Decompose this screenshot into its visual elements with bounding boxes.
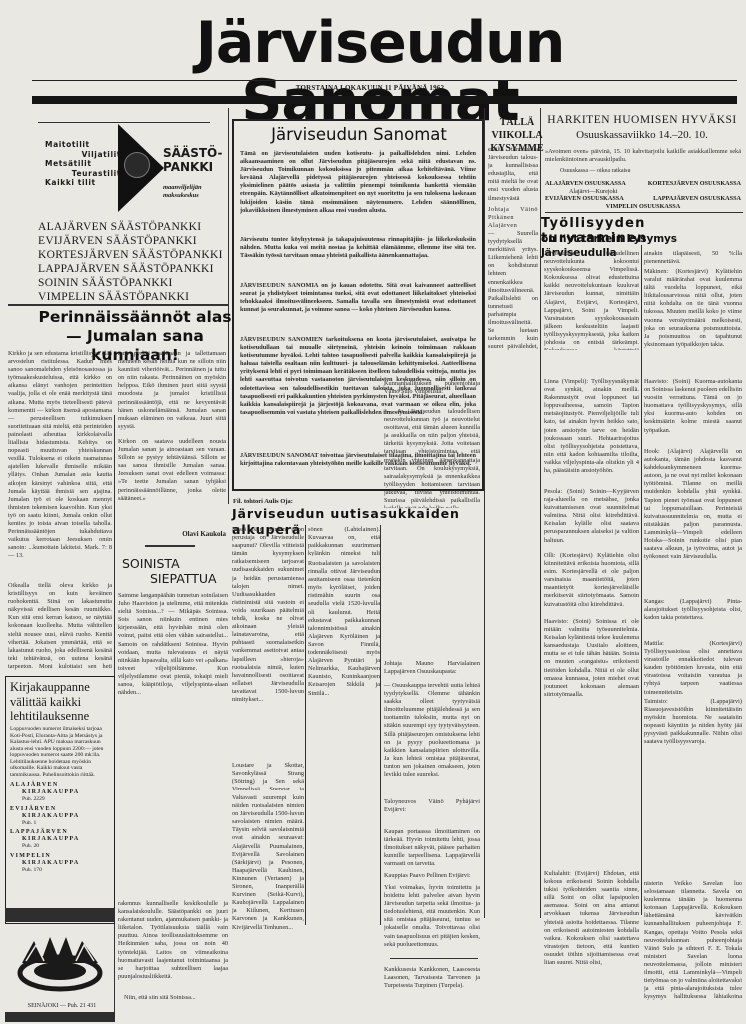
bank-name: SOININ SÄÄSTÖPANKKI bbox=[38, 276, 238, 290]
article-body: Valtavasti suurempi kuin näiden ruotsala… bbox=[232, 794, 304, 1004]
headline-soinista: SOINISTA SIEPATTUA bbox=[122, 556, 232, 586]
masthead-bar bbox=[32, 96, 737, 104]
interview-answer: Yksi voimakas, hyvin toimitettu ja hoide… bbox=[384, 884, 480, 956]
ad-rule bbox=[38, 122, 210, 123]
interviewee-label: Kunnanhallituksen puheenjohtaja Väinö Su… bbox=[384, 380, 480, 406]
kassa-row: ALAJÄRVEN OSUUSKASSA KORTESJÄRVEN OSUUSK… bbox=[545, 180, 741, 188]
store-name: KIRJAKAUPPA bbox=[10, 860, 113, 867]
brand-line: SÄÄSTÖ- bbox=[163, 146, 233, 160]
account-label: Metsätilit bbox=[45, 159, 121, 169]
article-body: nisterin Veikko Savelan luo selostamaan … bbox=[644, 880, 742, 1000]
interviewee-label: Johtaja Väinö Pitkänen Alajärven Kotiseu… bbox=[488, 206, 538, 228]
article-body: Kirkko ja sen edustama kristillisyys elä… bbox=[8, 350, 112, 578]
brand-line: PANKKI bbox=[163, 160, 233, 174]
headline-line: SIEPATTUA bbox=[122, 571, 232, 586]
article-body: Ruotsalaisten ja savolaisten rinnalla ot… bbox=[308, 560, 380, 1000]
article-body: Oikealla tiellä oleva kirkko ja kristill… bbox=[8, 582, 112, 670]
article-body: Haavisto: (Soini) Kuorma-autokanta on So… bbox=[644, 378, 742, 440]
section-rule bbox=[8, 304, 228, 306]
store-entry: ALAJÄRVEN KIRJAKAUPPA Puh. 2229 bbox=[10, 782, 113, 803]
article-body: Linna (Vimpeli): Työllisyysnäkymät ovat … bbox=[544, 378, 639, 478]
ad-footer-bar bbox=[5, 1012, 115, 1022]
osuuskassa-subhead: Osuuskassaviikko 14.–20. 10. bbox=[542, 128, 742, 142]
bank-name: KORTESJÄRVEN SÄÄSTÖPANKKI bbox=[38, 248, 238, 262]
kassa-name: LAPPAJÄRVEN OSUUSKASSA bbox=[653, 195, 741, 203]
interviewee-label: Taloyneuvos Väinö Pyhäjärvi Evijärvi: bbox=[384, 798, 480, 828]
store-name: KIRJAKAUPPA bbox=[10, 789, 113, 796]
article-body: Mattila: (Kortesjärvi) Työllisyysasioiss… bbox=[644, 640, 742, 694]
editorial-title: Järviseudun Sanomat bbox=[245, 124, 473, 146]
interviewee-label: Kauppias Paavo Pellinen Evijärvi: bbox=[384, 872, 480, 882]
seinajoki-emblem-icon bbox=[12, 935, 108, 997]
article-body: Loustare ja Skottar, Savonkylässä Strang… bbox=[232, 762, 304, 790]
article-body: Olli: (Kortesjärvi) Kylätiehin olisi kii… bbox=[544, 552, 639, 616]
dateline: TORSTAINA LOKAKUUN 11 PÄIVÄNÄ 1962 bbox=[200, 84, 540, 92]
article-body: rana pyrkiä vaalimaan ja tallettamaan me… bbox=[118, 350, 226, 436]
store-name: KIRJAKAUPPA bbox=[10, 813, 113, 820]
article-body: Kangas: (Lappajärvi) Pinta-alarajoitukse… bbox=[644, 598, 742, 632]
kirjakauppa-title: Kirjakauppanne välittää kaikki lehtitila… bbox=[10, 680, 114, 724]
section-rule bbox=[545, 212, 743, 213]
article-body: ainakin tilapäisesti, 50 %:lla pienennet… bbox=[644, 250, 742, 266]
kirjakauppa-body: Loppuvuoden numerot ilmaiseksi tarjoaa K… bbox=[10, 726, 113, 873]
article-body: Kirkon on saatava uudelleen nousta Jumal… bbox=[118, 438, 226, 518]
masthead-title: Järviseudun Sanomat bbox=[70, 14, 690, 72]
saastopankki-brand: SÄÄSTÖ- PANKKI bbox=[163, 146, 233, 174]
article-body: Saimme langanpäähän tunnetun soinilaisen… bbox=[118, 592, 228, 892]
store-phone: Puh. 170 bbox=[10, 867, 113, 874]
article-body: sönen (Lahtelainen). Kuvaavaa on, että p… bbox=[308, 526, 380, 556]
masthead-rule bbox=[32, 80, 737, 81]
kassa-name: VIMPELIN OSUUSKASSA bbox=[545, 203, 741, 211]
article-body: Haavisto: (Soini) Soinissa ei ole mitään… bbox=[544, 618, 639, 868]
osuuskassa-slogan: Osuuskassa — oikea ratkaisu bbox=[560, 167, 710, 175]
bank-name: EVIJÄRVEN SÄÄSTÖPANKKI bbox=[38, 234, 238, 248]
store-town: EVIJÄRVEN bbox=[10, 806, 113, 813]
account-label: Teurastilit bbox=[45, 169, 121, 179]
store-phone: Puh. 20 bbox=[10, 843, 113, 850]
store-phone: Puh. 2229 bbox=[10, 796, 113, 803]
column-divider bbox=[380, 525, 381, 925]
divider bbox=[390, 958, 478, 959]
store-name: KIRJAKAUPPA bbox=[10, 836, 113, 843]
interview-answer: Kaupan portaassa ilmoittaminen on tärkeä… bbox=[384, 828, 480, 868]
store-town: VIMPELIN bbox=[10, 853, 113, 860]
interview-answer: — Osuuskauppa tervehtii uutta lehteä tyy… bbox=[384, 682, 480, 794]
newspaper-page: Järviseudun Sanomat TORSTAINA LOKAKUUN 1… bbox=[0, 0, 746, 1024]
article-body: Pesola: (Soini) Soinin—Kyyjärven raja-al… bbox=[544, 488, 639, 548]
store-phone: Puh. 1 bbox=[10, 820, 113, 827]
kassa-name: EVIJÄRVEN OSUUSKASSA bbox=[545, 195, 624, 203]
store-town: ALAJÄRVEN bbox=[10, 782, 113, 789]
osuuskassa-headline: HARKITEN HUOMISEN HYVÄKSI bbox=[542, 113, 742, 127]
kassa-location: Alajärvi—Kurejoki bbox=[545, 188, 741, 196]
interview-answer: — Jo Järviseudun taloudellisen neuvottel… bbox=[384, 408, 480, 508]
article-body: Järviseudun taloudellinen neuvottelukunt… bbox=[544, 250, 639, 350]
article-body: Hook: (Alajärvi) Alajärvellä on autokant… bbox=[644, 448, 742, 588]
editorial-paragraph: Järviseutu tuntee köyhyytensä ja takapaj… bbox=[240, 236, 476, 278]
account-label: Kaikki tilit bbox=[45, 178, 121, 188]
column-divider bbox=[484, 108, 485, 918]
account-label: Viljatilit bbox=[45, 150, 121, 160]
headline-line: SOINISTA bbox=[122, 556, 232, 571]
article-body: Kankkusesta Kankkonen, Laasosesta Laason… bbox=[384, 966, 480, 1000]
kassa-name: ALAJÄRVEN OSUUSKASSA bbox=[545, 180, 626, 188]
bank-name: LAPPAJÄRVEN SÄÄSTÖPANKKI bbox=[38, 262, 238, 276]
store-entry: VIMPELIN KIRJAKAUPPA Puh. 170 bbox=[10, 853, 113, 874]
kassa-row: EVIJÄRVEN OSUUSKASSA LAPPAJÄRVEN OSUUSKA… bbox=[545, 195, 741, 203]
kassa-name: KORTESJÄRVEN OSUUSKASSA bbox=[648, 180, 741, 188]
interview-answer: — Suurella tyydytyksellä merkittävä yrit… bbox=[488, 230, 538, 350]
store-town: LAPPAJÄRVEN bbox=[10, 829, 113, 836]
store-entry: LAPPAJÄRVEN KIRJAKAUPPA Puh. 20 bbox=[10, 829, 113, 850]
article-intro: eräiltä tunnetuilta Järviseudun talous- … bbox=[488, 146, 538, 202]
osuuskassa-body: »Avoimen oven» päivinä, 15. 10 kahvitarj… bbox=[545, 148, 741, 164]
saastopankki-slogan: maanviljelijän maksukeskus bbox=[163, 184, 233, 199]
seinajoki-contact: SEINÄJOKI — Puh. 21 431 bbox=[8, 1003, 116, 1009]
saastopankki-bank-list: ALAJÄRVEN SÄÄSTÖPANKKI EVIJÄRVEN SÄÄSTÖP… bbox=[38, 220, 238, 304]
ad-text: Lehtitilauksenne hoidetaan myöskin ulkom… bbox=[10, 759, 113, 779]
ad-text: Loppuvuoden numerot ilmaiseksi tarjoaa K… bbox=[10, 726, 113, 759]
ad-footer-bar bbox=[5, 908, 115, 922]
editorial-paragraph: Tämä on järviseutulaisten uuden kotiseut… bbox=[240, 150, 476, 232]
editorial-paragraph: JÄRVISEUDUN SANOMIA on jo kauan odotettu… bbox=[240, 282, 476, 332]
bank-name: VIMPELIN SÄÄSTÖPANKKI bbox=[38, 290, 238, 304]
interviewee-label: Johtaja Mauno Harvialainen Lappajärven O… bbox=[384, 660, 480, 680]
bank-name: ALAJÄRVEN SÄÄSTÖPANKKI bbox=[38, 220, 238, 234]
article-body: Taimisto: (Lappajärvi) Riasuojavesistöih… bbox=[644, 698, 742, 758]
column-divider bbox=[305, 525, 306, 925]
author: Olavi Kaukola bbox=[160, 530, 226, 538]
saastopankki-emblem-icon bbox=[124, 152, 150, 178]
article-body: Mäkinen: (Kortesjärvi) Kylätiehin varalu… bbox=[644, 268, 742, 358]
store-entry: EVIJÄRVEN KIRJAKAUPPA Puh. 1 bbox=[10, 806, 113, 827]
osuuskassa-list: ALAJÄRVEN OSUUSKASSA KORTESJÄRVEN OSUUSK… bbox=[545, 180, 741, 210]
article-body: Kultalahti: (Evijärvi) Ehdotan, että kok… bbox=[544, 870, 639, 1000]
article-closing: Niin, että siin sitä Soinissa... bbox=[124, 994, 228, 1003]
column-divider bbox=[641, 245, 642, 915]
article-body: rakennus kunnalliselle keskikoululle ja … bbox=[118, 900, 228, 992]
article-body: Mistä päin minkin talon perustaja on Jär… bbox=[232, 526, 304, 758]
divider bbox=[145, 545, 195, 547]
account-label: Maitotilit bbox=[45, 140, 121, 150]
saastopankki-accounts: Maitotilit Viljatilit Metsätilit Teurast… bbox=[45, 140, 121, 188]
